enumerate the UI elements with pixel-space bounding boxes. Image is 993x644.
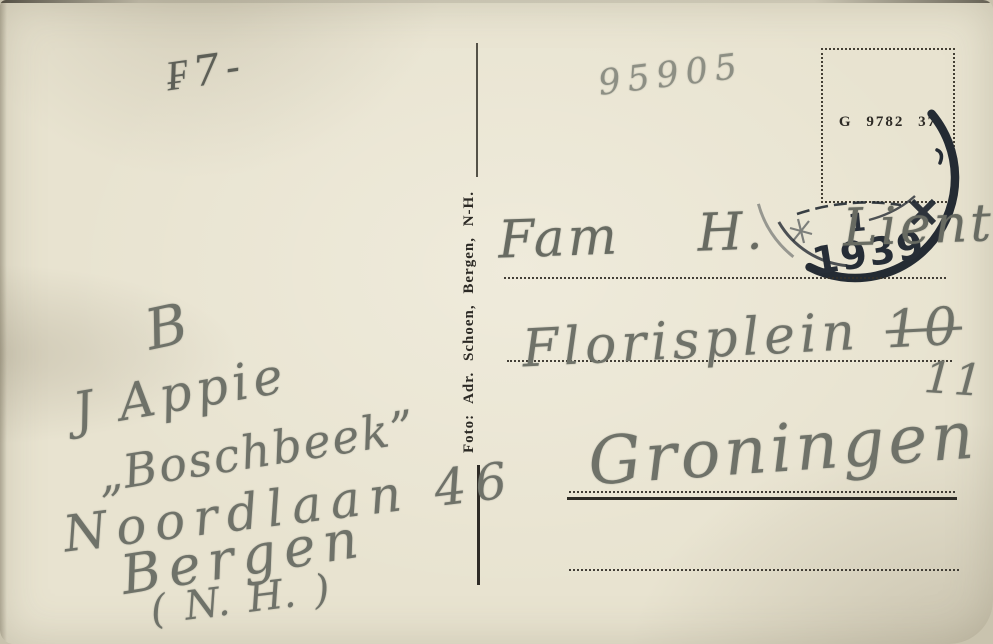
recipient-street: Florisplein10 — [521, 301, 963, 376]
recipient-number-struck: 10 — [884, 297, 963, 361]
divider-line-top — [476, 43, 478, 177]
inventory-number: 95905 — [596, 49, 746, 102]
address-line-1-rule — [504, 277, 946, 279]
address-line-4-rule — [569, 569, 959, 571]
recipient-city: Groningen — [586, 402, 980, 495]
recipient-number-corrected: 11 — [923, 356, 986, 404]
publisher-credit: Foto: Adr. Schoen, Bergen, N-H. — [461, 187, 481, 457]
price-mark: ₣7- — [163, 45, 248, 98]
postmark-ink-blot — [937, 150, 941, 163]
postcard-back: ₣7- 95905 Foto: Adr. Schoen, Bergen, N-H… — [0, 0, 993, 644]
sender-monogram: B — [141, 296, 193, 359]
recipient-street-name: Florisplein — [521, 302, 862, 380]
